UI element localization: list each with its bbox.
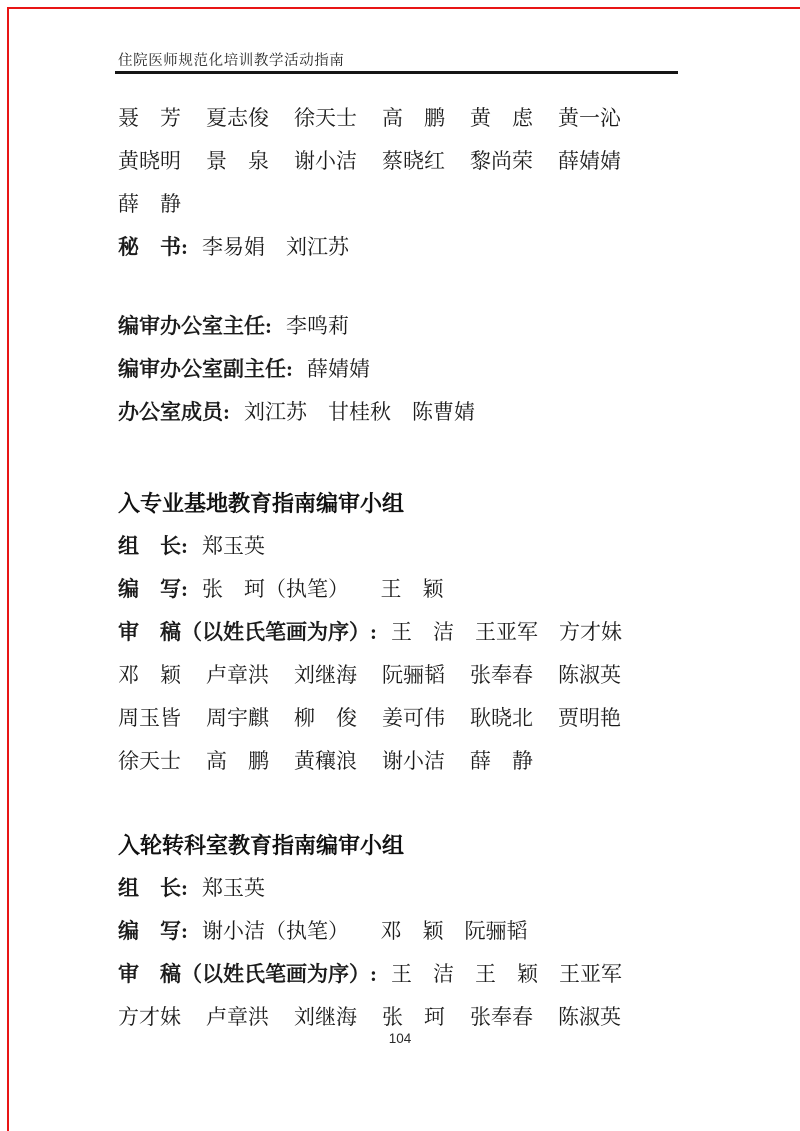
person-name: 贾明艳: [558, 697, 621, 740]
role-row-secretary: 秘 书:李易娟 刘江苏: [118, 226, 638, 269]
role-row: 编 写:谢小洁（执笔） 邓 颖 阮骊韬: [118, 910, 638, 953]
role-row: 编审办公室主任:李鸣莉: [118, 305, 638, 348]
name-row: 聂 芳 夏志俊 徐天士 高 鹏 黄 虑 黄一沁: [118, 97, 638, 140]
person-name: 刘继海: [294, 654, 357, 697]
person-name: 张奉春: [470, 654, 533, 697]
person-name: 谢小洁: [294, 140, 357, 183]
role-row: 审 稿（以姓氏笔画为序）:王 洁 王亚军 方才妹: [118, 611, 638, 654]
person-name: 徐天士: [118, 740, 181, 783]
role-names: 刘江苏 甘桂秋 陈曹婧: [244, 400, 475, 424]
page-edge-mark-top: [7, 7, 800, 9]
role-row: 组 长:郑玉英: [118, 867, 638, 910]
person-name: 薛 静: [470, 740, 533, 783]
person-name: 聂 芳: [118, 97, 181, 140]
editorial-office-block: 编审办公室主任:李鸣莉 编审办公室副主任:薛婧婧 办公室成员:刘江苏 甘桂秋 陈…: [118, 305, 638, 434]
person-name: 周玉皆: [118, 697, 181, 740]
rotation-dept-group-block: 组 长:郑玉英 编 写:谢小洁（执笔） 邓 颖 阮骊韬 审 稿（以姓氏笔画为序）…: [118, 867, 638, 1039]
role-label: 编审办公室主任:: [118, 314, 272, 338]
role-label: 审 稿（以姓氏笔画为序）:: [118, 962, 377, 986]
role-label: 编 写:: [118, 577, 188, 601]
person-name: 柳 俊: [294, 697, 357, 740]
role-names: 王 洁 王亚军 方才妹: [391, 620, 622, 644]
person-name: 耿晓北: [470, 697, 533, 740]
role-label: 审 稿（以姓氏笔画为序）:: [118, 620, 377, 644]
person-name: 黄穰浪: [294, 740, 357, 783]
person-name: 蔡晓红: [382, 140, 445, 183]
specialty-base-group-block: 组 长:郑玉英 编 写:张 珂（执笔） 王 颖 审 稿（以姓氏笔画为序）:王 洁…: [118, 525, 638, 783]
person-name: 阮骊韬: [382, 654, 445, 697]
person-name: 黄一沁: [558, 97, 621, 140]
role-label: 组 长:: [118, 876, 188, 900]
role-row: 办公室成员:刘江苏 甘桂秋 陈曹婧: [118, 391, 638, 434]
page-number: 104: [0, 1031, 800, 1046]
person-name: 黄 虑: [470, 97, 533, 140]
committee-names-block: 聂 芳 夏志俊 徐天士 高 鹏 黄 虑 黄一沁 黄晓明 景 泉 谢小洁 蔡晓红 …: [118, 97, 638, 269]
person-name: 景 泉: [206, 140, 269, 183]
person-name: 徐天士: [294, 97, 357, 140]
person-name: 薛 静: [118, 183, 181, 226]
person-name: 黄晓明: [118, 140, 181, 183]
name-row: 黄晓明 景 泉 谢小洁 蔡晓红 黎尚荣 薛婧婧: [118, 140, 638, 183]
person-name: 卢章洪: [206, 654, 269, 697]
role-label: 秘 书:: [118, 235, 188, 259]
person-name: 周宇麒: [206, 697, 269, 740]
role-row: 编 写:张 珂（执笔） 王 颖: [118, 568, 638, 611]
role-names: 张 珂（执笔） 王 颖: [202, 577, 444, 601]
name-row: 周玉皆 周宇麒 柳 俊 姜可伟 耿晓北 贾明艳: [118, 697, 638, 740]
role-names: 谢小洁（执笔） 邓 颖 阮骊韬: [202, 919, 528, 943]
person-name: 邓 颖: [118, 654, 181, 697]
role-label: 编 写:: [118, 919, 188, 943]
name-row: 徐天士 高 鹏 黄穰浪 谢小洁 薛 静: [118, 740, 638, 783]
role-names: 李易娟 刘江苏: [202, 235, 349, 259]
role-label: 办公室成员:: [118, 400, 230, 424]
name-row: 薛 静: [118, 183, 638, 226]
page-edge-mark-left: [7, 7, 9, 1131]
person-name: 姜可伟: [382, 697, 445, 740]
person-name: 薛婧婧: [558, 140, 621, 183]
section-heading-specialty-base-group: 入专业基地教育指南编审小组: [118, 482, 638, 525]
role-row: 编审办公室副主任:薛婧婧: [118, 348, 638, 391]
role-names: 郑玉英: [202, 534, 265, 558]
name-row: 邓 颖 卢章洪 刘继海 阮骊韬 张奉春 陈淑英: [118, 654, 638, 697]
role-names: 李鸣莉: [286, 314, 349, 338]
document-page: 住院医师规范化培训教学活动指南 聂 芳 夏志俊 徐天士 高 鹏 黄 虑 黄一沁 …: [0, 0, 800, 1131]
page-content: 聂 芳 夏志俊 徐天士 高 鹏 黄 虑 黄一沁 黄晓明 景 泉 谢小洁 蔡晓红 …: [118, 73, 638, 1039]
person-name: 高 鹏: [382, 97, 445, 140]
role-row: 审 稿（以姓氏笔画为序）:王 洁 王 颖 王亚军: [118, 953, 638, 996]
role-names: 郑玉英: [202, 876, 265, 900]
person-name: 高 鹏: [206, 740, 269, 783]
running-header-title: 住院医师规范化培训教学活动指南: [118, 49, 345, 70]
person-name: 黎尚荣: [470, 140, 533, 183]
person-name: 谢小洁: [382, 740, 445, 783]
section-heading-rotation-dept-group: 入轮转科室教育指南编审小组: [118, 824, 638, 867]
role-names: 薛婧婧: [307, 357, 370, 381]
role-row: 组 长:郑玉英: [118, 525, 638, 568]
person-name: 陈淑英: [558, 654, 621, 697]
role-names: 王 洁 王 颖 王亚军: [391, 962, 622, 986]
person-name: 夏志俊: [206, 97, 269, 140]
role-label: 组 长:: [118, 534, 188, 558]
role-label: 编审办公室副主任:: [118, 357, 293, 381]
